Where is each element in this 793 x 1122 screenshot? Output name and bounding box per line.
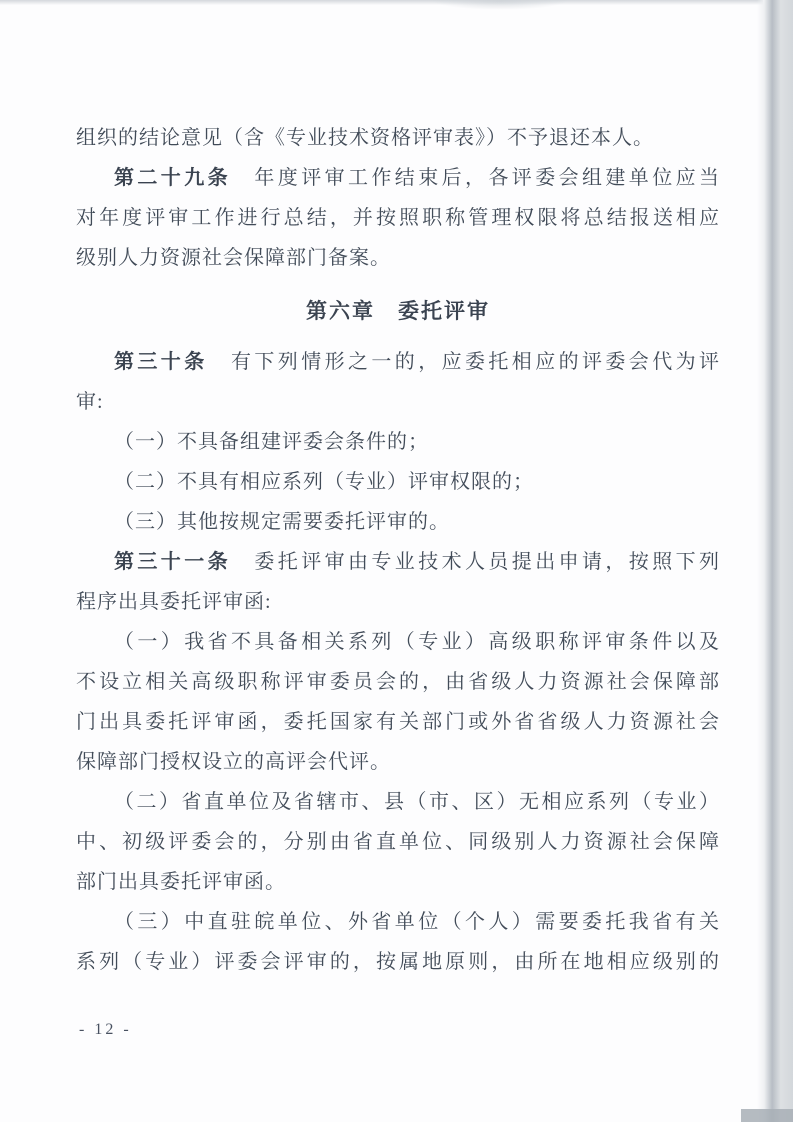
scan-shadow-right [757,0,793,1122]
line-text: （三）中直驻皖单位、外省单位（个人）需要委托我省有关 [114,911,720,933]
text-line: 组织的结论意见（含《专业技术资格评审表》）不予退还本人。 [76,118,720,158]
text-line: 门出具委托评审函，委托国家有关部门或外省省级人力资源社会 [76,702,720,742]
line-text: 部门出具委托评审函。 [76,871,286,893]
line-text: （一）不具备组建评委会条件的； [114,431,429,453]
text-line: 审: [76,382,720,422]
line-text: （二）不具有相应系列（专业）评审权限的； [114,471,534,493]
line-text: 系列（专业）评委会评审的，按属地原则，由所在地相应级别的 [76,951,720,973]
text-line: 第三十条 有下列情形之一的，应委托相应的评委会代为评 [76,342,720,382]
chapter-heading: 第六章 委托评审 [76,291,720,332]
line-text: 中、初级评委会的，分别由省直单位、同级别人力资源社会保障 [76,831,720,853]
document-page: 组织的结论意见（含《专业技术资格评审表》）不予退还本人。 第二十九条 年度评审工… [0,0,793,1122]
text-line: 系列（专业）评委会评审的，按属地原则，由所在地相应级别的 [76,942,720,982]
line-text: 对年度评审工作进行总结，并按照职称管理权限将总结报送相应 [76,207,720,229]
line-text: 门出具委托评审函，委托国家有关部门或外省省级人力资源社会 [76,711,720,733]
article-number: 第三十条 [114,351,208,373]
list-item-line: （三）其他按规定需要委托评审的。 [76,502,720,542]
line-text: （一）我省不具备相关系列（专业）高级职称评审条件以及 [114,631,720,653]
document-body: 组织的结论意见（含《专业技术资格评审表》）不予退还本人。 第二十九条 年度评审工… [76,118,720,982]
list-item-line: （一）不具备组建评委会条件的； [76,422,720,462]
text-line: 第三十一条 委托评审由专业技术人员提出申请，按照下列 [76,542,720,582]
line-text: （三）其他按规定需要委托评审的。 [114,511,450,533]
line-text: 审: [76,391,104,413]
line-text: 级别人力资源社会保障部门备案。 [76,247,391,269]
line-text: 组织的结论意见（含《专业技术资格评审表》）不予退还本人。 [76,127,654,149]
text-line: 部门出具委托评审函。 [76,862,720,902]
scan-shadow-top [0,0,763,6]
scan-shadow-bottom-right [741,1109,793,1122]
text-line: 级别人力资源社会保障部门备案。 [76,238,720,278]
article-number: 第二十九条 [114,167,231,189]
article-number: 第三十一条 [114,551,231,573]
list-item-line: （二）不具有相应系列（专业）评审权限的； [76,462,720,502]
line-text: 程序出具委托评审函: [76,591,272,613]
list-item-line: （一）我省不具备相关系列（专业）高级职称评审条件以及 [76,622,720,662]
list-item-line: （二）省直单位及省辖市、县（市、区）无相应系列（专业） [76,782,720,822]
text-line: 第二十九条 年度评审工作结束后，各评委会组建单位应当 [76,158,720,198]
scan-shadow-top-patch [430,0,570,10]
line-text: 有下列情形之一的，应委托相应的评委会代为评 [208,351,720,373]
line-text: 不设立相关高级职称评审委员会的，由省级人力资源社会保障部 [76,671,720,693]
text-line: 中、初级评委会的，分别由省直单位、同级别人力资源社会保障 [76,822,720,862]
line-text: 保障部门授权设立的高评会代评。 [76,751,391,773]
line-text: 委托评审由专业技术人员提出申请，按照下列 [231,551,720,573]
text-line: 保障部门授权设立的高评会代评。 [76,742,720,782]
line-text: （二）省直单位及省辖市、县（市、区）无相应系列（专业） [114,791,720,813]
list-item-line: （三）中直驻皖单位、外省单位（个人）需要委托我省有关 [76,902,720,942]
text-line: 对年度评审工作进行总结，并按照职称管理权限将总结报送相应 [76,198,720,238]
text-line: 程序出具委托评审函: [76,582,720,622]
line-text: 年度评审工作结束后，各评委会组建单位应当 [231,167,720,189]
text-line: 不设立相关高级职称评审委员会的，由省级人力资源社会保障部 [76,662,720,702]
page-number: - 12 - [79,1017,132,1043]
